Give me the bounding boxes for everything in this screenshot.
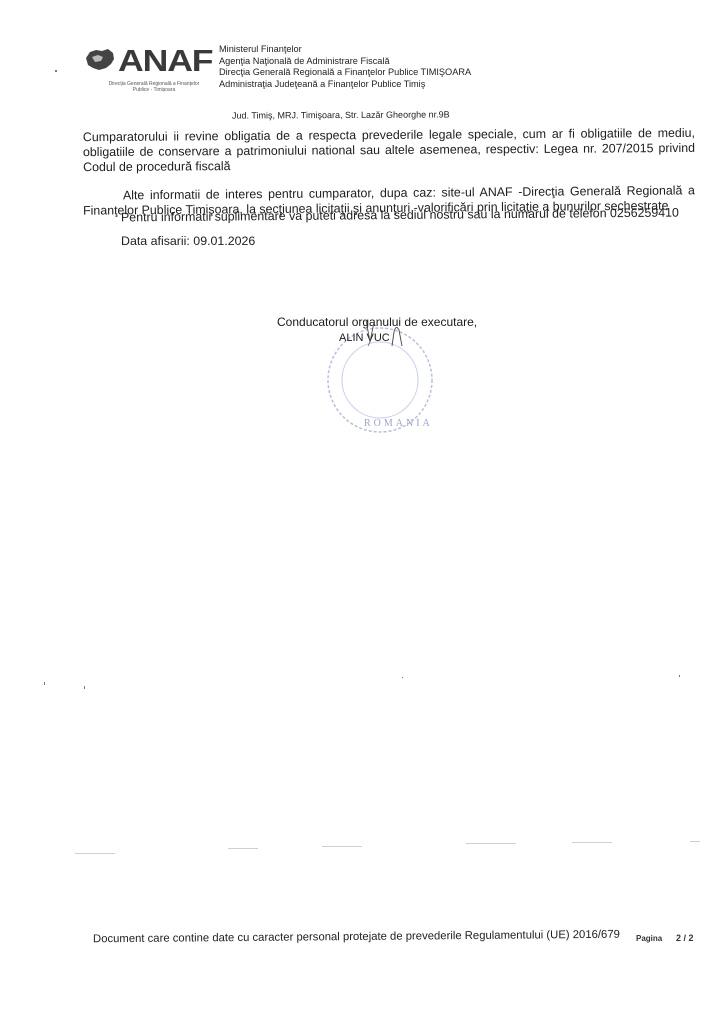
anaf-logo: ANAF Direcția Generală Regională a Finan… — [84, 44, 216, 104]
scan-speck — [84, 686, 85, 689]
institution-header: Ministerul Finanţelor Agenţia Naţională … — [219, 44, 471, 90]
display-date: Data afisarii: 09.01.2026 — [121, 234, 255, 249]
gdpr-notice: Document care contine date cu caracter p… — [93, 929, 620, 946]
scan-speck — [322, 846, 362, 847]
header-line: Administraţia Judeţeană a Finanţelor Pub… — [219, 79, 471, 91]
scan-speck — [572, 842, 612, 843]
scan-speck — [402, 677, 403, 678]
logo-subtitle: Direcția Generală Regională a Finanțelor… — [104, 81, 204, 93]
header-line: Agenţia Naţională de Administrare Fiscal… — [219, 56, 471, 68]
address-line: Jud. Timiş, MRJ. Timişoara, Str. Lazăr G… — [232, 109, 450, 120]
scan-speck — [466, 843, 516, 844]
romania-map-icon — [84, 48, 116, 72]
handwritten-signature — [362, 318, 412, 348]
stamp-text: ROMANIA — [364, 418, 433, 429]
header-line: Direcţia Generală Regională a Finanţelor… — [219, 67, 471, 79]
scan-speck — [228, 848, 258, 849]
scan-speck — [44, 682, 45, 685]
page-number: 2 / 2 — [676, 933, 694, 943]
scan-speck — [75, 853, 115, 854]
scan-speck — [690, 841, 700, 842]
logo-text: ANAF — [118, 44, 212, 78]
page-label: Pagina — [636, 934, 662, 943]
scan-speck — [55, 70, 57, 72]
obligations-paragraph: Cumparatorului ii revine obligatia de a … — [83, 126, 695, 176]
header-line: Ministerul Finanţelor — [219, 44, 471, 56]
scan-speck — [679, 675, 680, 677]
